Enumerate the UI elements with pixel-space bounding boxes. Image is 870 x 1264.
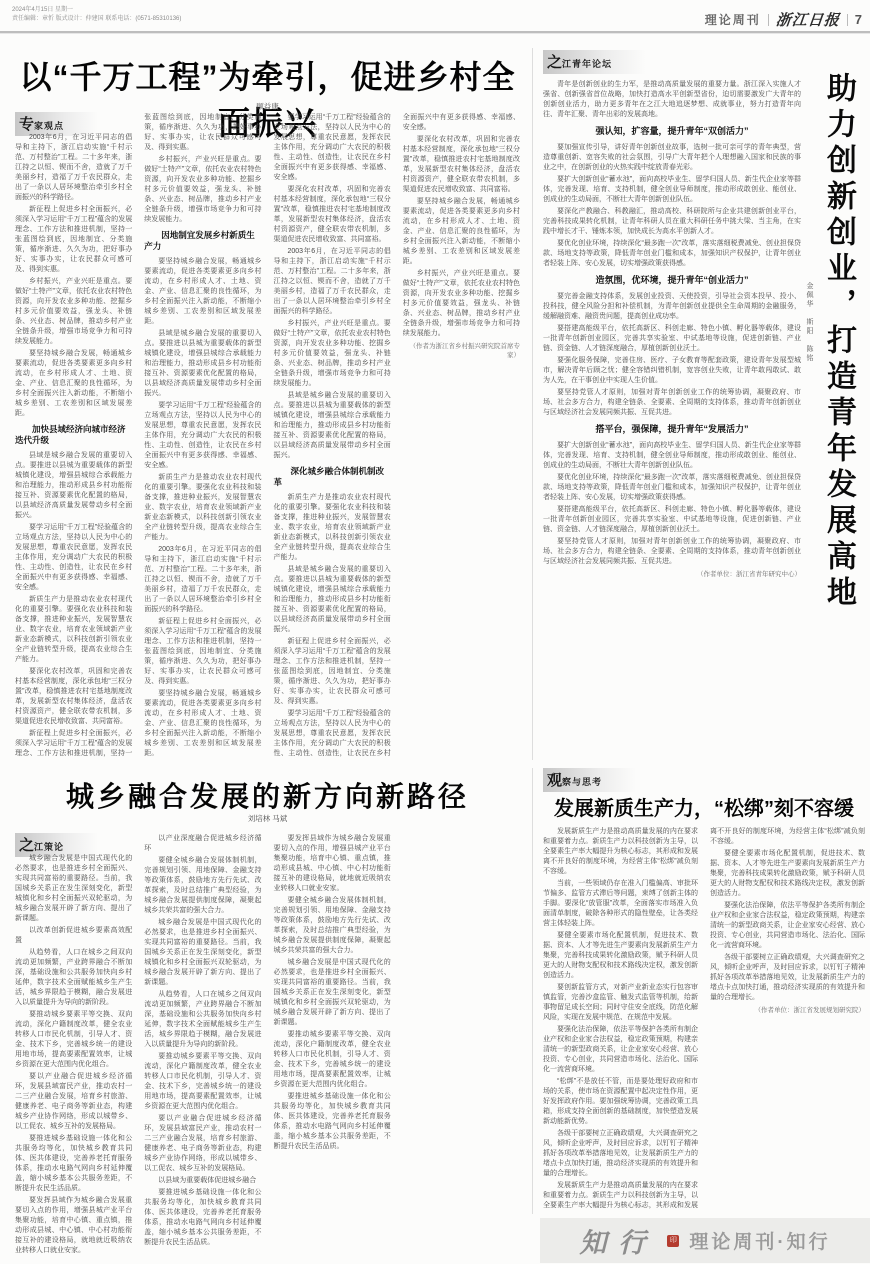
article-paragraph: 2003年6月，在习近平同志的倡导和主持下，浙江启动实施“千村示范、万村整治”工… — [274, 247, 391, 317]
label-spacer — [15, 834, 132, 854]
article2-section-label: 之江青年论坛 — [543, 50, 646, 74]
article-paragraph: 要搭建高能级平台，依托高新区、科创走廊、特色小镇、孵化器等载体，建设一批青年创新… — [543, 324, 801, 354]
article-paragraph: 要推动城乡要素平等交换、双向流动，深化户籍制度改革，健全农业转移人口市民化机制，… — [15, 1010, 132, 1070]
article-paragraph: 乡村振兴，产业兴旺是重点。要做好“土特产”文章，依托农业农村特色资源，向开发农业… — [144, 155, 261, 225]
article-endnote: （作者单位：浙江省青年研究中心） — [543, 570, 801, 579]
article-subhead: 造氛围，优环境，提升青年“创业活力” — [543, 275, 801, 286]
article-paragraph: 要优化创业环境，持续深化“最多跑一次”改革，落实落细税费减免、创业担保贷款、场地… — [543, 239, 801, 269]
article-paragraph: “松绑”不是放任不管，而是要处理好政府和市场的关系，使市场在资源配置中起决定性作… — [543, 1077, 698, 1127]
article-paragraph: 要推进城乡基础设施一体化和公共服务均等化，加快城乡教育共同体、医共体建设，完善养… — [15, 1134, 132, 1194]
article-endnote: （作者为浙江省乡村振兴研究院首席专家） — [403, 342, 520, 360]
article-paragraph: 要深化农村改革，巩固和完善农村基本经营制度，深化承包地“三权分置”改革，稳慎推进… — [15, 667, 132, 727]
article-paragraph: 县域是城乡融合发展的重要切入点。要推进以县城为重要载体的新型城镇化建设，增强县城… — [274, 391, 391, 461]
header-meta: 2024年4月15日 星期一 责任编辑：章忻 版式设计：仲建国 联系电话：(05… — [12, 6, 181, 24]
article-subhead: 搭平台，强保障，提升青年“发展活力” — [543, 424, 801, 435]
article-paragraph: 以改革创新促进城乡要素高效配置 — [15, 926, 132, 946]
article-paragraph: 发展新质生产力是推动高质量发展的内在要求和重要着力点。新质生产力以科技创新为主导… — [543, 827, 698, 877]
article-paragraph: 要学习运用“千万工程”经验蕴含的立场观点方法，坚持以人民为中心的发展思想，尊重农… — [274, 113, 391, 183]
article-paragraph: 要加强宣传引导，讲好青年创新创业故事，选树一批可亲可学的青年典型，营造尊重创新、… — [543, 143, 801, 173]
article-paragraph: 要强化服务保障，完善住房、医疗、子女教育等配套政策，建设青年发展型城市，解决青年… — [543, 356, 801, 386]
article-subhead: 深化城乡融合体制机制改革 — [274, 466, 391, 488]
article-paragraph: 从趋势看，人口在城乡之间双向流动更加频繁，产业跨界融合不断加深，基础设施和公共服… — [144, 990, 261, 1050]
article4-section-label: 观察与思考 — [543, 768, 636, 792]
footer-column-label: 理论周刊·知行 — [689, 1227, 830, 1254]
article-paragraph: 以县域为重要载体促进城乡融合 — [144, 1176, 261, 1186]
article-paragraph: 要坚持城乡融合发展，畅通城乡要素流动，促进各类要素更多向乡村流动，在乡村形成人才… — [403, 197, 520, 267]
newspaper-page: 2024年4月15日 星期一 责任编辑：章忻 版式设计：仲建国 联系电话：(05… — [0, 0, 870, 1264]
article-paragraph: 新征程上促进乡村全面振兴，必须深入学习运用“千万工程”蕴含的发展理念、工作方法和… — [274, 637, 391, 707]
article-paragraph: 新质生产力是推动农业农村现代化的重要引擎。要强化农业科技和装备支撑，推进种业振兴… — [15, 595, 132, 665]
article4-headline: 发展新质生产力，“松绑”刻不容缓 — [543, 792, 865, 821]
article1-body: 2003年6月，在习近平同志的倡导和主持下，浙江启动实施“千村示范、万村整治”工… — [15, 113, 520, 761]
article-paragraph: 乡村振兴，产业兴旺是重点。要做好“土特产”文章，依托农业农村特色资源，向开发农业… — [15, 277, 132, 347]
footer-brand-strip: 知行 印 理论周刊·知行 — [540, 1218, 870, 1263]
article-paragraph: 要推动城乡要素平等交换、双向流动，深化户籍制度改革，健全农业转移人口市民化机制，… — [144, 1052, 261, 1112]
article-paragraph: 城乡融合发展是中国式现代化的必然要求，也是推进乡村全面振兴、实现共同富裕的重要路… — [144, 918, 261, 988]
article-paragraph: 要优化创业环境，持续深化“最多跑一次”改革，落实落细税费减免、创业担保贷款、场地… — [543, 473, 801, 503]
masthead: 理论周刊 浙江日报 7 — [705, 9, 862, 30]
section-label-big-char: 观 — [547, 772, 562, 789]
article2-vertical-byline: 金佩华 斯阳 陈铭 — [804, 282, 814, 363]
header-date: 2024年4月15日 星期一 — [12, 6, 181, 15]
masthead-divider — [847, 14, 848, 26]
header-rule — [0, 31, 870, 34]
footer-calligraphy: 知行 — [579, 1221, 657, 1260]
article-paragraph: 要坚持党管人才原则，加强对青年创新创业工作的统筹协调，凝聚政府、市场、社会多方合… — [543, 388, 801, 418]
article-paragraph: 要完善金融支持体系，发展创业投资、天使投资，引导社会资本投早、投小、投科技，健全… — [543, 292, 801, 322]
article-subhead: 强认知，扩容量，提升青年“双创活力” — [543, 126, 801, 137]
article-paragraph: 要坚持城乡融合发展，畅通城乡要素流动，促进各类要素更多向乡村流动，在乡村形成人才… — [15, 349, 132, 419]
article-subhead: 因地制宜发展乡村新质生产力 — [144, 230, 261, 252]
article-paragraph: 各级干部要树立正确政绩观，大兴调查研究之风，倾听企业呼声，及时回应诉求，以钉钉子… — [543, 1129, 698, 1179]
masthead-divider — [768, 14, 769, 26]
article-paragraph: 要强化法治保障，依法平等保护各类所有制企业产权和企业家合法权益，稳定政策预期，构… — [543, 1025, 698, 1075]
label-spacer — [15, 113, 132, 133]
article-paragraph: 2003年6月，在习近平同志的倡导和主持下，浙江启动实施“千村示范、万村整治”工… — [144, 545, 261, 615]
article-paragraph: 要创新监管方式，对新产业新业态实行包容审慎监管，完善沙盒监管、触发式监管等机制，… — [543, 983, 698, 1023]
article2-body: 青年是创新创业的生力军，是推动高质量发展的重要力量。浙江深入实施人才强省、创新强… — [543, 80, 801, 762]
article-paragraph: 要扩大创新创业“蓄水池”，面向高校毕业生、留学归国人员、新生代企业家等群体，完善… — [543, 175, 801, 205]
article-paragraph: 要搭建高能级平台，依托高新区、科创走廊、特色小镇、孵化器等载体，建设一批青年创新… — [543, 505, 801, 535]
header-editor-line: 责任编辑：章忻 版式设计：仲建国 联系电话：(0571-85310136) — [12, 15, 181, 24]
article-subhead: 加快县域经济向城市经济迭代升级 — [15, 424, 132, 446]
article-paragraph: 青年是创新创业的生力军，是推动高质量发展的重要力量。浙江深入实施人才强省、创新强… — [543, 80, 801, 120]
article-paragraph: 从趋势看，人口在城乡之间双向流动更加频繁，产业跨界融合不断加深，基础设施和公共服… — [15, 948, 132, 1008]
section-label-big-char: 之 — [547, 54, 562, 71]
article-paragraph: 乡村振兴，产业兴旺是重点。要做好“土特产”文章，依托农业农村特色资源，向开发农业… — [274, 319, 391, 389]
article-paragraph: 乡村振兴，产业兴旺是重点。要做好“土特产”文章，依托农业农村特色资源，向开发农业… — [403, 269, 520, 339]
article-paragraph: 当前，一些领域仍存在准入门槛偏高、审批环节偏多、监管方式滞后等问题，束缚了创新主… — [543, 879, 698, 929]
article-paragraph: 要健全城乡融合发展体制机制，完善规划引领、用地保障、金融支持等政策体系，鼓励地方… — [274, 896, 391, 956]
article-paragraph: 要坚持城乡融合发展，畅通城乡要素流动，促进各类要素更多向乡村流动，在乡村形成人才… — [144, 689, 261, 759]
article-paragraph: 要推进城乡基础设施一体化和公共服务均等化，加快城乡教育共同体、医共体建设，完善养… — [144, 1188, 261, 1248]
article-paragraph: 2003年6月，在习近平同志的倡导和主持下，浙江启动实施“千村示范、万村整治”工… — [15, 133, 132, 203]
article2-vertical-headline: 助力创新创业，打造青年发展高地 — [816, 72, 860, 732]
article-paragraph: 新质生产力是推动农业农村现代化的重要引擎。要强化农业科技和装备支撑，推进种业振兴… — [274, 493, 391, 563]
article-paragraph: 要推动城乡要素平等交换、双向流动，深化户籍制度改革，健全农业转移人口市民化机制，… — [274, 1030, 391, 1090]
vertical-divider — [532, 48, 533, 760]
article-paragraph: 要学习运用“千万工程”经验蕴含的立场观点方法，坚持以人民为中心的发展思想，尊重农… — [144, 401, 261, 471]
article3-byline: 刘培林 马斌 — [15, 813, 520, 824]
article-paragraph: 要深化农村改革，巩固和完善农村基本经营制度，深化承包地“三权分置”改革，稳慎推进… — [274, 185, 391, 245]
article-paragraph: 县域是城乡融合发展的重要切入点。要推进以县城为重要载体的新型城镇化建设，增强县城… — [274, 565, 391, 635]
section-label-text: 江青年论坛 — [562, 59, 612, 69]
article-paragraph: 各级干部要树立正确政绩观，大兴调查研究之风，倾听企业呼声，及时回应诉求，以钉钉子… — [710, 953, 865, 1003]
article-paragraph: 要强化法治保障，依法平等保护各类所有制企业产权和企业家合法权益，稳定政策预期，构… — [710, 901, 865, 951]
article-paragraph: 要健全要素市场化配置机制，促进技术、数据、资本、人才等先进生产要素向发展新质生产… — [543, 931, 698, 981]
article-paragraph: 要发挥县域作为城乡融合发展重要切入点的作用，增强县城产业平台集聚功能，培育中心镇… — [274, 834, 391, 894]
article-paragraph: 县域是城乡融合发展的重要切入点。要推进以县城为重要载体的新型城镇化建设，增强县城… — [15, 451, 132, 521]
article-paragraph: 要学习运用“千万工程”经验蕴含的立场观点方法，坚持以人民为中心的发展思想，尊重农… — [15, 523, 132, 593]
article-paragraph: 城乡融合发展是中国式现代化的必然要求，也是推进乡村全面振兴、实现共同富裕的重要路… — [15, 854, 132, 924]
page-number: 7 — [855, 12, 862, 27]
article3-headline: 城乡融合发展的新方向新路径 — [15, 775, 520, 815]
article-paragraph: 县域是城乡融合发展的重要切入点。要推进以县城为重要载体的新型城镇化建设，增强县城… — [144, 329, 261, 399]
article-paragraph: 要健全城乡融合发展体制机制，完善规划引领、用地保障、金融支持等政策体系，鼓励地方… — [144, 856, 261, 916]
article3-body: 城乡融合发展是中国式现代化的必然要求，也是推进乡村全面振兴、实现共同富裕的重要路… — [15, 834, 520, 1260]
article-paragraph: 要健全要素市场化配置机制，促进技术、数据、资本、人才等先进生产要素向发展新质生产… — [710, 849, 865, 899]
article-paragraph: 要坚持党管人才原则，加强对青年创新创业工作的统筹协调，凝聚政府、市场、社会多方合… — [543, 537, 801, 567]
section-label-text: 察与思考 — [562, 777, 602, 787]
article-paragraph: 要坚持城乡融合发展，畅通城乡要素流动，促进各类要素更多向乡村流动，在乡村形成人才… — [144, 257, 261, 327]
article-paragraph: 要发挥县域作为城乡融合发展重要切入点的作用，增强县城产业平台集聚功能，培育中心镇… — [15, 1196, 132, 1256]
article-paragraph: 新征程上促进乡村全面振兴，必须深入学习运用“千万工程”蕴含的发展理念、工作方法和… — [15, 205, 132, 275]
article-paragraph: 以产业深度融合促进城乡经济循环 — [144, 834, 261, 854]
article-paragraph: 要深化农村改革，巩固和完善农村基本经营制度，深化承包地“三权分置”改革，稳慎推进… — [403, 135, 520, 195]
article4-body: 发展新质生产力是推动高质量发展的内在要求和重要着力点。新质生产力以科技创新为主导… — [543, 827, 865, 1213]
article-paragraph: 要推进城乡基础设施一体化和公共服务均等化，加快城乡教育共同体、医共体建设，完善养… — [274, 1092, 391, 1152]
article-paragraph: 新征程上促进乡村全面振兴，必须深入学习运用“千万工程”蕴含的发展理念、工作方法和… — [144, 617, 261, 687]
article-paragraph: 要扩大创新创业“蓄水池”，面向高校毕业生、留学归国人员、新生代企业家等群体，完善… — [543, 441, 801, 471]
vertical-divider — [532, 768, 533, 1214]
masthead-section-title: 理论周刊 — [705, 11, 761, 28]
red-seal-icon: 印 — [667, 1235, 679, 1247]
article-endnote: （作者单位：浙江省发展规划研究院） — [710, 1006, 865, 1015]
article-paragraph: 要以产业融合促进城乡经济循环，发展县域富民产业，推动农村一二三产业融合发展，培育… — [15, 1072, 132, 1132]
article1-byline: 顾益康 — [15, 101, 520, 112]
article-paragraph: 新质生产力是推动农业农村现代化的重要引擎。要强化农业科技和装备支撑，推进种业振兴… — [144, 473, 261, 543]
article-paragraph: 要深化产教融合、科教融汇，推动高校、科研院所与企业共建创新创业平台，完善科技成果… — [543, 207, 801, 237]
masthead-brand-logo: 浙江日报 — [775, 9, 841, 30]
article-paragraph: 要以产业融合促进城乡经济循环，发展县域富民产业，推动农村一二三产业融合发展，培育… — [144, 1114, 261, 1174]
article-paragraph: 城乡融合发展是中国式现代化的必然要求，也是推进乡村全面振兴、实现共同富裕的重要路… — [274, 958, 391, 1028]
